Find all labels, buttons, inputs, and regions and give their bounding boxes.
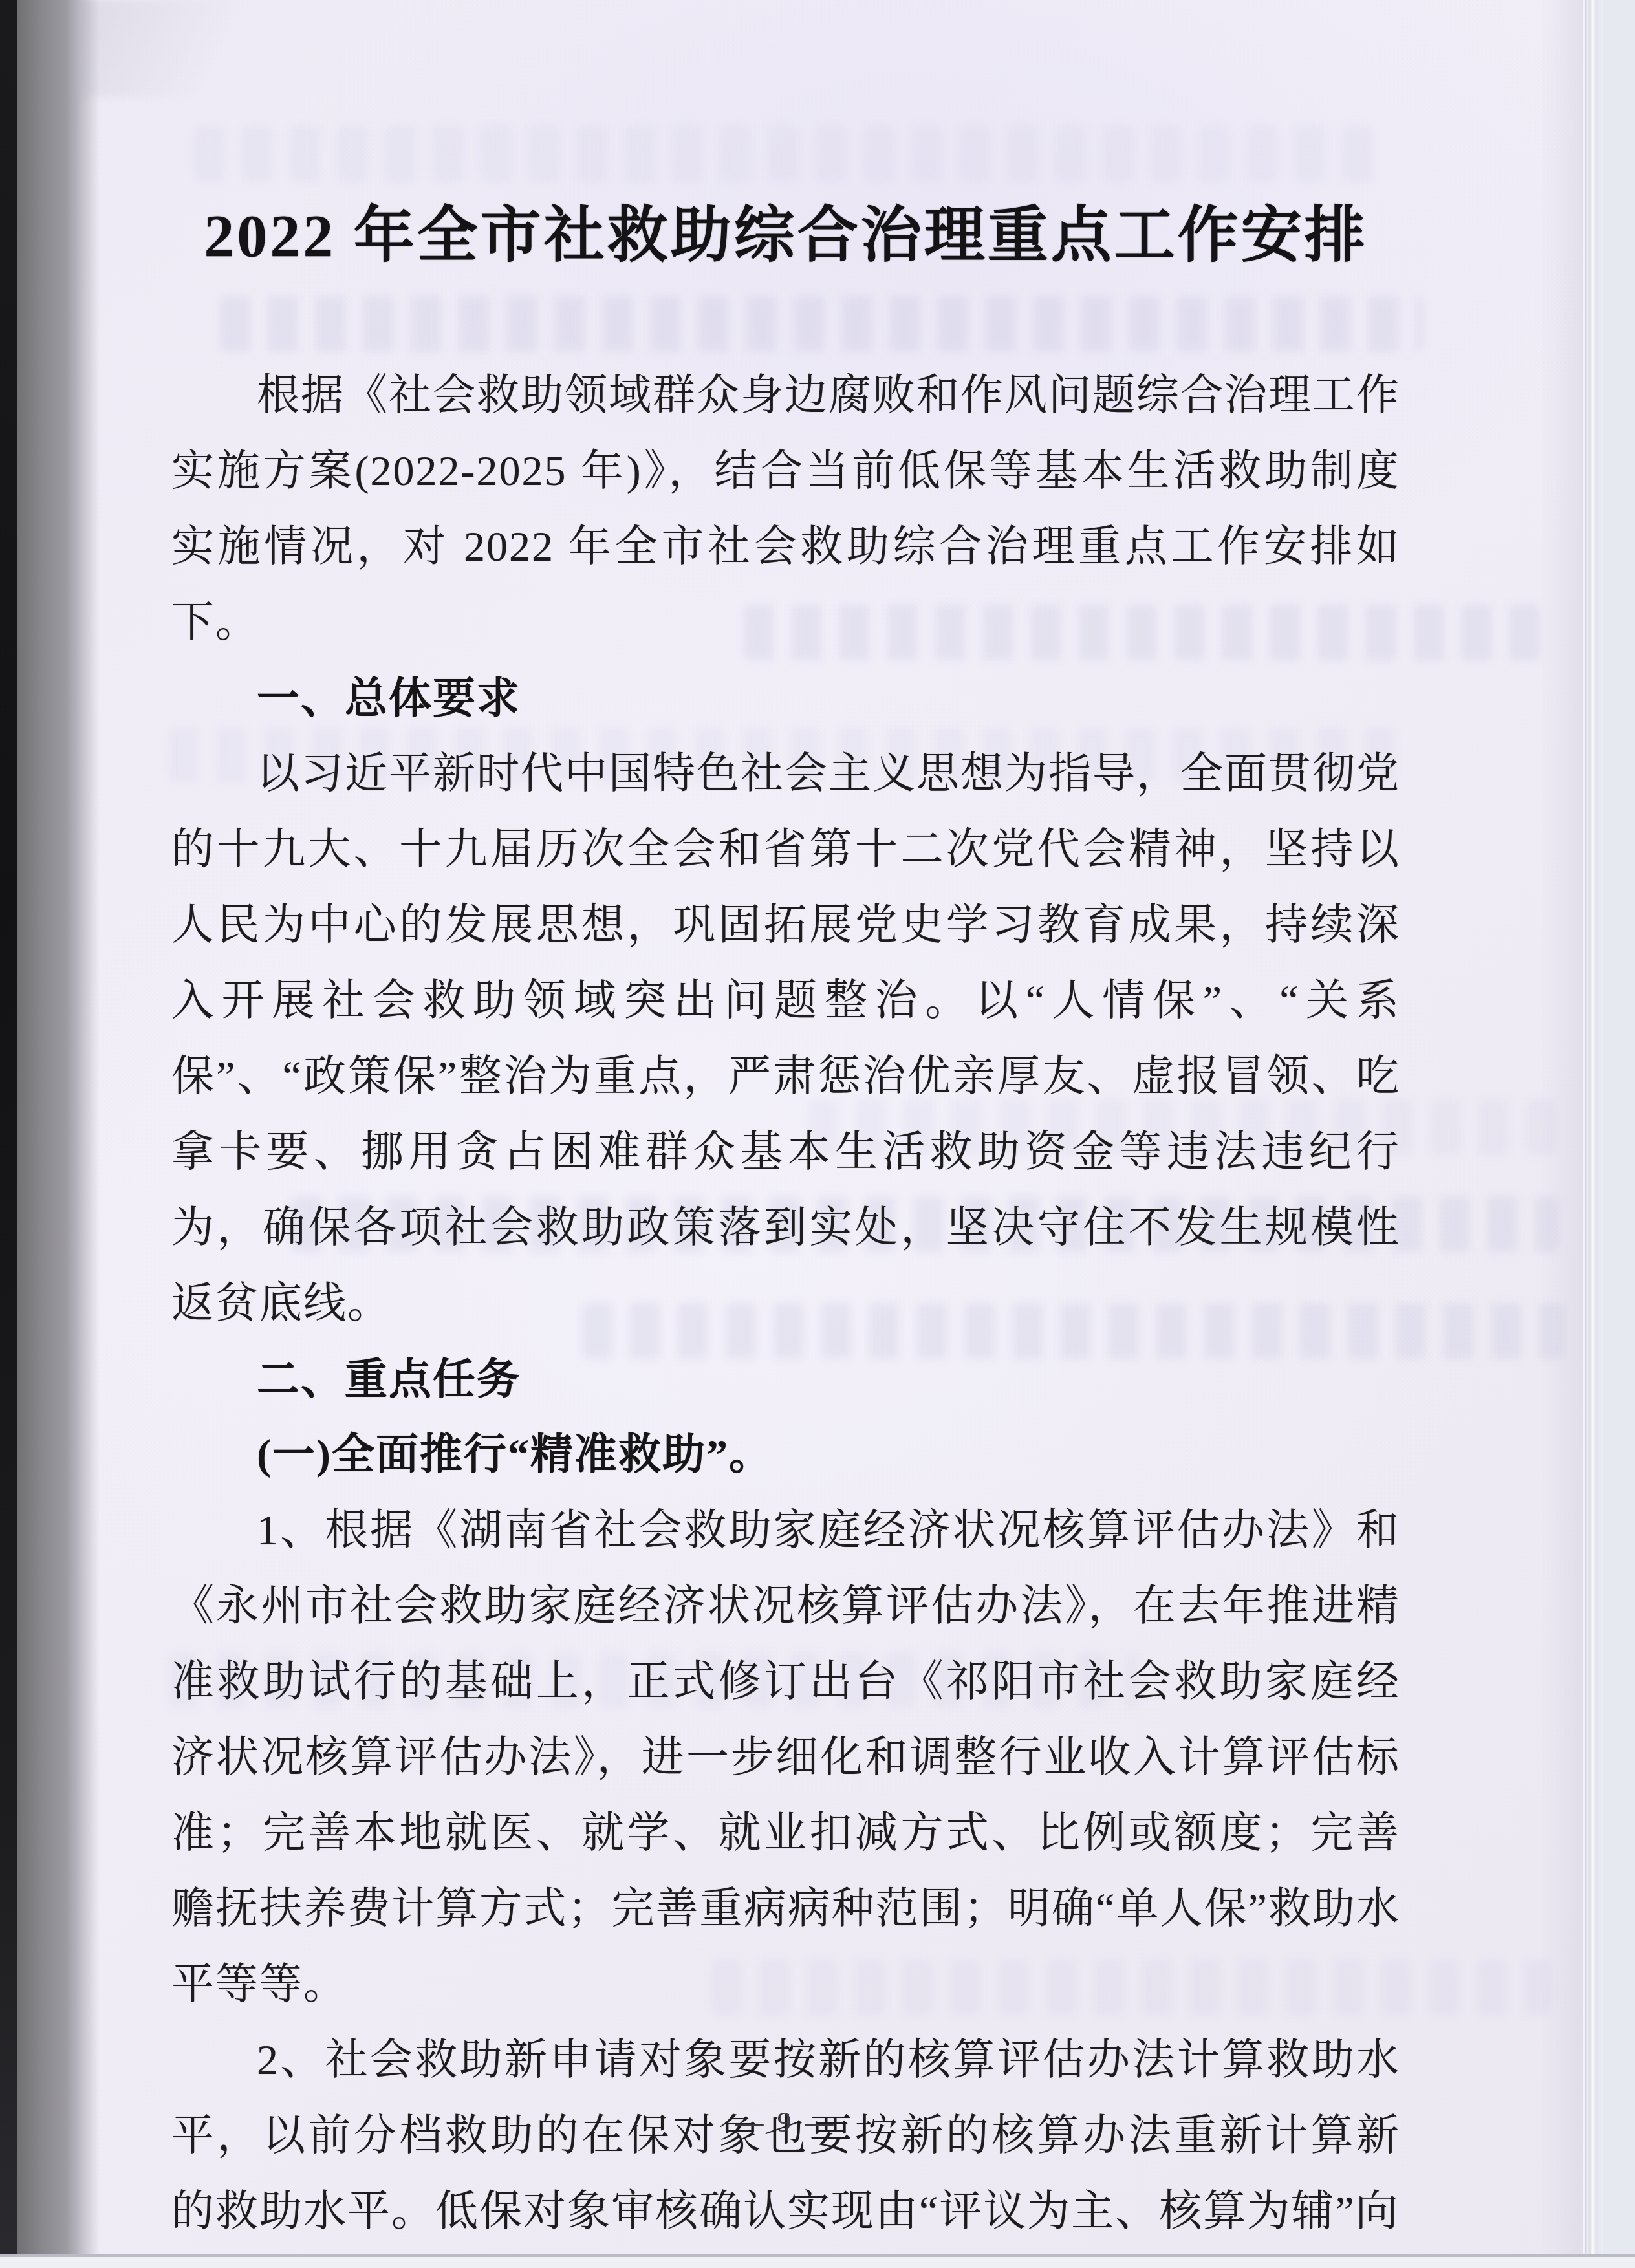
scanner-background-bottom (0, 2257, 1635, 2268)
scanned-document-page: 2022 年全市社救助综合治理重点工作安排 根据《社会救助领域群众身边腐败和作风… (0, 0, 1635, 2268)
scanner-background-right (1603, 0, 1635, 2256)
scan-left-shadow (0, 0, 17, 2257)
section-heading: 二、重点任务 (171, 1341, 1400, 1417)
page-stack-edge (1582, 0, 1603, 2256)
section-heading: 一、总体要求 (171, 660, 1400, 736)
page-number: — 9 — (171, 2103, 1400, 2142)
document-content: 2022 年全市社救助综合治理重点工作安排 根据《社会救助领域群众身边腐败和作风… (171, 184, 1400, 2249)
document-body: 根据《社会救助领域群众身边腐败和作风问题综合治理工作实施方案(2022-2025… (171, 358, 1400, 2249)
scan-left-fade (78, 0, 100, 2257)
section-heading: (一)全面推行“精准救助”。 (171, 1417, 1400, 1493)
paragraph: 根据《社会救助领域群众身边腐败和作风问题综合治理工作实施方案(2022-2025… (171, 358, 1400, 660)
page-right-inner-shadow (1539, 0, 1582, 2256)
paragraph: 以习近平新时代中国特色社会主义思想为指导，全面贯彻党的十九大、十九届历次全会和省… (171, 736, 1400, 1341)
scan-left-gray-band (17, 0, 78, 2257)
paragraph: 1、根据《湖南省社会救助家庭经济状况核算评估办法》和《永州市社会救助家庭经济状况… (171, 1493, 1400, 2022)
bleed-through-artifact (194, 126, 1391, 182)
document-title: 2022 年全市社救助综合治理重点工作安排 (171, 184, 1400, 288)
paper-crease (78, 0, 310, 97)
